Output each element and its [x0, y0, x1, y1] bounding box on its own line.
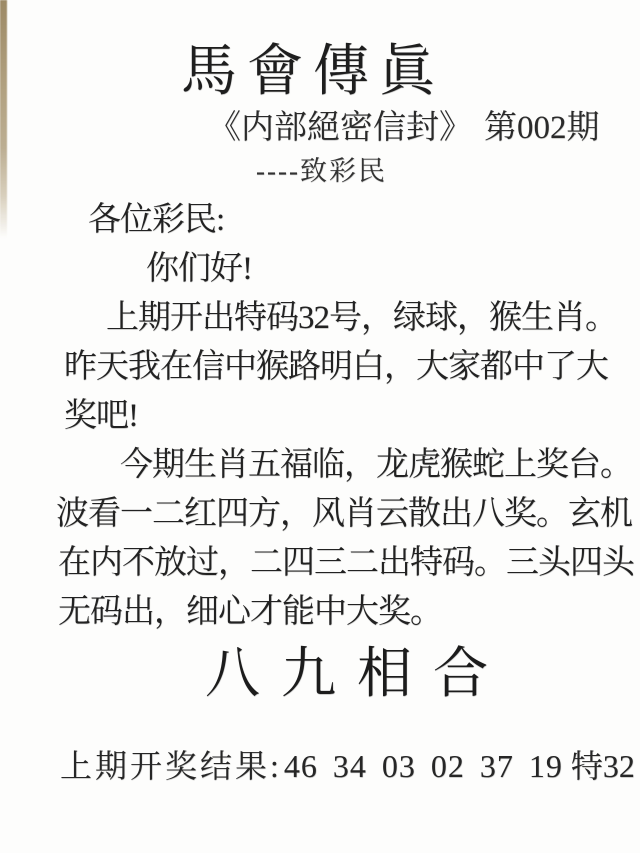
dedication-line: ----致彩民: [256, 153, 387, 189]
body-line: 奖吧!: [56, 392, 596, 441]
envelope-label: 《内部絕密信封》: [208, 110, 472, 146]
fax-sheet: 馬會傳眞 《内部絕密信封》第002期 ----致彩民 各位彩民: 你们好! 上期…: [0, 0, 640, 853]
results-special-number: 特32: [571, 748, 635, 784]
slogan-headline: 八九相合: [205, 638, 509, 710]
results-label: 上期开奖结果:: [60, 748, 282, 784]
body-line: 波看一二红四方，风肖云散出八奖。玄机: [56, 490, 596, 539]
body-line: 上期开出特码32号，绿球，猴生肖。: [56, 294, 596, 343]
issue-number: 第002期: [484, 110, 600, 146]
greeting-line: 你们好!: [56, 245, 596, 294]
body-line: 在内不放过，二四三二出特码。三头四头: [56, 539, 596, 588]
salutation-line: 各位彩民:: [56, 196, 596, 245]
body-line: 今期生肖五福临，龙虎猴蛇上奖台。: [56, 441, 596, 490]
body-line: 无码出，细心才能中大奖。: [56, 588, 596, 637]
body-line: 昨天我在信中猴路明白，大家都中了大: [56, 343, 596, 392]
letter-body: 各位彩民: 你们好! 上期开出特码32号，绿球，猴生肖。 昨天我在信中猴路明白，…: [56, 196, 596, 637]
issue-line: 《内部絕密信封》第002期: [208, 104, 600, 152]
results-numbers: 46 34 03 02 37 19: [284, 748, 563, 784]
scan-edge-artifact: [0, 0, 7, 238]
masthead-title: 馬會傳眞: [181, 36, 445, 108]
previous-draw-results: 上期开奖结果:46 34 03 02 37 19特32: [60, 744, 635, 788]
